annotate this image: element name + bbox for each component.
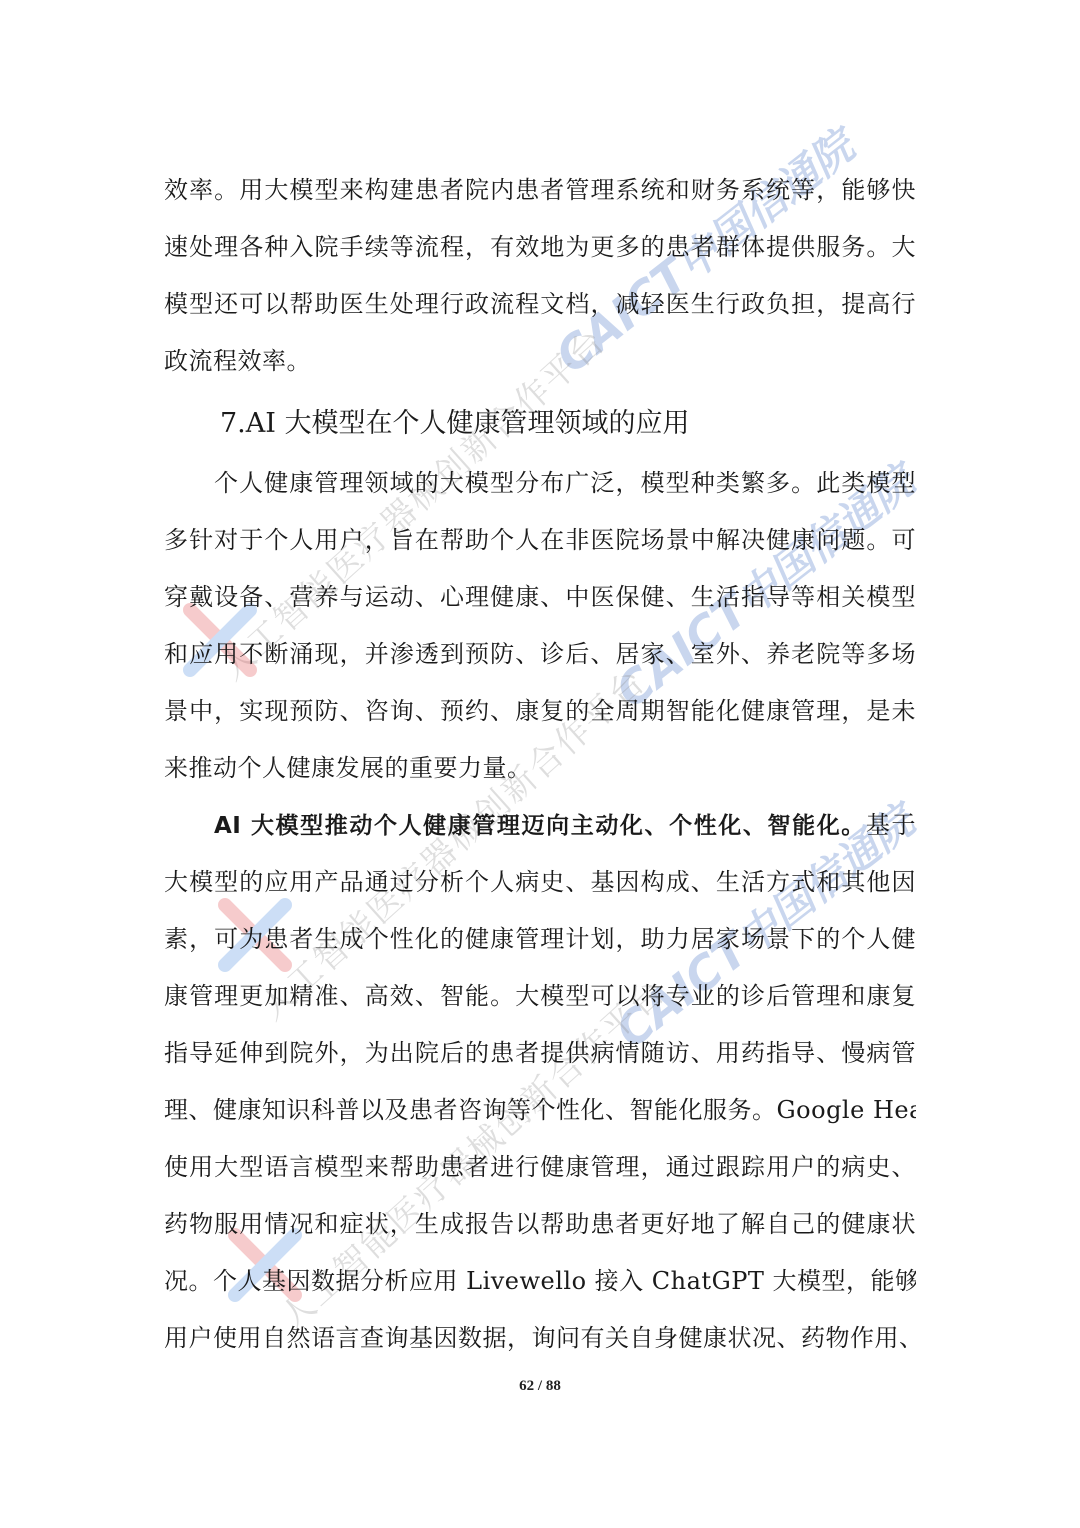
text-line: 况。个人基因数据分析应用 Livewello 接入 ChatGPT 大模型，能够… [164, 1253, 916, 1310]
text-line: 模型还可以帮助医生处理行政流程文档，减轻医生行政负担，提高行 [164, 276, 916, 333]
text-line: 速处理各种入院手续等流程，有效地为更多的患者群体提供服务。大 [164, 219, 916, 276]
text-line: 效率。用大模型来构建患者院内患者管理系统和财务系统等，能够快 [164, 162, 916, 219]
page-number: 62 / 88 [0, 1378, 1080, 1395]
bold-lead-sentence: AI 大模型推动个人健康管理迈向主动化、个性化、智能化。 [214, 813, 866, 839]
text-line: 政流程效率。 [164, 333, 916, 390]
paragraph-ai-health-management: AI 大模型推动个人健康管理迈向主动化、个性化、智能化。基于 大模型的应用产品通… [164, 797, 916, 1367]
section-heading: 7.AI 大模型在个人健康管理领域的应用 [164, 393, 916, 455]
text-line: 素，可为患者生成个性化的健康管理计划，助力居家场景下的个人健 [164, 911, 916, 968]
text-line: 用户使用自然语言查询基因数据，询问有关自身健康状况、药物作用、 [164, 1310, 916, 1367]
text-line: 多针对于个人用户，旨在帮助个人在非医院场景中解决健康问题。可 [164, 512, 916, 569]
text-line: 理、健康知识科普以及患者咨询等个性化、智能化服务。Google Health [164, 1082, 916, 1139]
text-line: 大模型的应用产品通过分析个人病史、基因构成、生活方式和其他因 [164, 854, 916, 911]
paragraph-personal-health-overview: 个人健康管理领域的大模型分布广泛，模型种类繁多。此类模型 多针对于个人用户，旨在… [164, 455, 916, 797]
text-line: 个人健康管理领域的大模型分布广泛，模型种类繁多。此类模型 [164, 455, 916, 512]
paragraph-hospital-efficiency: 效率。用大模型来构建患者院内患者管理系统和财务系统等，能够快 速处理各种入院手续… [164, 162, 916, 390]
document-body: 效率。用大模型来构建患者院内患者管理系统和财务系统等，能够快 速处理各种入院手续… [164, 162, 916, 1367]
text-line: 康管理更加精准、高效、智能。大模型可以将专业的诊后管理和康复 [164, 968, 916, 1025]
document-page: CAICT中国信通院 CAICT中国信通院 CAICT中国信通院 人工智能医疗器… [0, 0, 1080, 1528]
text-line: 药物服用情况和症状，生成报告以帮助患者更好地了解自己的健康状 [164, 1196, 916, 1253]
text-line: 使用大型语言模型来帮助患者进行健康管理，通过跟踪用户的病史、 [164, 1139, 916, 1196]
text-line: 和应用不断涌现，并渗透到预防、诊后、居家、室外、养老院等多场 [164, 626, 916, 683]
text-line: AI 大模型推动个人健康管理迈向主动化、个性化、智能化。基于 [164, 797, 916, 854]
text-line: 指导延伸到院外，为出院后的患者提供病情随访、用药指导、慢病管 [164, 1025, 916, 1082]
text-line: 来推动个人健康发展的重要力量。 [164, 740, 916, 797]
text-line: 穿戴设备、营养与运动、心理健康、中医保健、生活指导等相关模型 [164, 569, 916, 626]
text-span: 基于 [866, 811, 916, 839]
text-line: 景中，实现预防、咨询、预约、康复的全周期智能化健康管理，是未 [164, 683, 916, 740]
